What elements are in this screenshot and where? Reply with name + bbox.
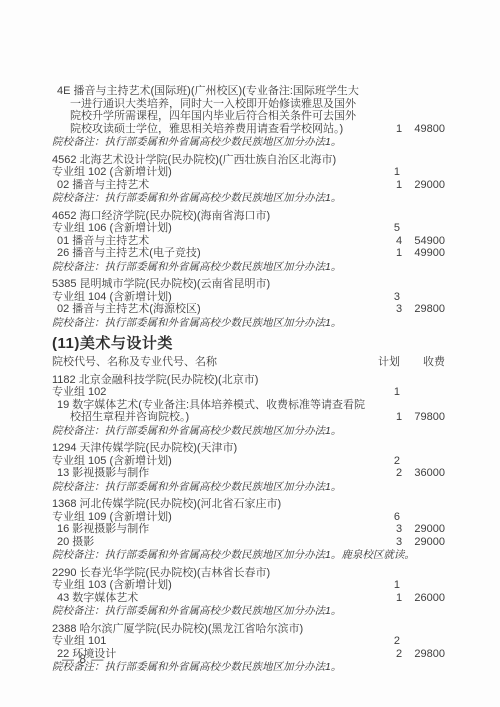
plan-count: 1: [366, 411, 402, 424]
college-block: 2388 哈尔滨广厦学院(民办院校)(黑龙江省哈尔滨市) 专业组 101 2 2…: [52, 623, 445, 674]
plan-count: 5: [362, 222, 400, 235]
fee-amount: 29000: [402, 523, 445, 536]
table-header-row: 院校代号、名称及专业代号、名称 计划 收费: [52, 356, 445, 369]
major-group-row: 专业组 109 (含新增计划) 6: [52, 511, 445, 524]
major-group-row: 专业组 106 (含新增计划) 5: [52, 222, 445, 235]
program-row: 43 数字媒体艺术 1 26000: [52, 592, 445, 605]
major-group-row: 专业组 103 (含新增计划) 1: [52, 579, 445, 592]
plan-count: 2: [362, 635, 400, 648]
program-row: 01 播音与主持艺术 4 54900: [52, 235, 445, 248]
major-group-row: 专业组 102 1: [52, 386, 445, 399]
fee-amount: 29000: [402, 179, 445, 192]
college-remark: 院校备注：执行部委属和外省属高校少数民族地区加分办法1。: [52, 261, 445, 274]
college-block: 4652 海口经济学院(民办院校)(海南省海口市) 专业组 106 (含新增计划…: [52, 210, 445, 274]
fee-amount: 29800: [402, 303, 445, 316]
program-row: 26 播音与主持艺术(电子竞技) 1 49900: [52, 247, 445, 260]
plan-count: 3: [366, 523, 402, 536]
college-block: 1294 天津传媒学院(民办院校)(天津市) 专业组 105 (含新增计划) 2…: [52, 442, 445, 493]
column-header-name: 院校代号、名称及专业代号、名称: [52, 356, 362, 369]
major-group-row: 专业组 105 (含新增计划) 2: [52, 455, 445, 468]
college-name: 5385 昆明城市学院(民办院校)(云南省昆明市): [52, 278, 445, 291]
fee-amount: 79800: [402, 411, 445, 424]
program-name: 4E 播音与主持艺术(国际班)(广州校区)(专业备注:国际班学生大一进行通识大类…: [52, 85, 366, 135]
program-row: 16 影视摄影与制作 3 29000: [52, 523, 445, 536]
major-group-label: 专业组 102: [52, 386, 362, 399]
plan-count: 1: [362, 579, 400, 592]
major-group-label: 专业组 104 (含新增计划): [52, 291, 362, 304]
program-row: 02 播音与主持艺术(海源校区) 3 29800: [52, 303, 445, 316]
document-page: 4E 播音与主持艺术(国际班)(广州校区)(专业备注:国际班学生大一进行通识大类…: [0, 0, 500, 707]
program-row: 13 影视摄影与制作 2 36000: [52, 467, 445, 480]
college-block: 1368 河北传媒学院(民办院校)(河北省石家庄市) 专业组 109 (含新增计…: [52, 498, 445, 562]
college-remark: 院校备注：执行部委属和外省属高校少数民族地区加分办法1。: [52, 136, 445, 149]
college-remark: 院校备注：执行部委属和外省属高校少数民族地区加分办法1。: [52, 605, 445, 618]
program-row: 20 摄影 3 29000: [52, 536, 445, 549]
major-group-label: 专业组 103 (含新增计划): [52, 579, 362, 592]
page-content: 4E 播音与主持艺术(国际班)(广州校区)(专业备注:国际班学生大一进行通识大类…: [52, 85, 445, 674]
college-block: 4E 播音与主持艺术(国际班)(广州校区)(专业备注:国际班学生大一进行通识大类…: [52, 85, 445, 149]
college-block: 2290 长春光华学院(民办院校)(吉林省长春市) 专业组 103 (含新增计划…: [52, 567, 445, 618]
program-name: 02 播音与主持艺术(海源校区): [52, 303, 366, 316]
program-row: 22 环境设计 2 29800: [52, 648, 445, 661]
college-remark: 院校备注：执行部委属和外省属高校少数民族地区加分办法1。: [52, 661, 445, 674]
college-block: 5385 昆明城市学院(民办院校)(云南省昆明市) 专业组 104 (含新增计划…: [52, 278, 445, 329]
college-remark: 院校备注：执行部委属和外省属高校少数民族地区加分办法1。: [52, 317, 445, 330]
plan-count: 2: [366, 648, 402, 661]
college-block: 4562 北海艺术设计学院(民办院校)(广西壮族自治区北海市) 专业组 102 …: [52, 154, 445, 205]
college-name: 1368 河北传媒学院(民办院校)(河北省石家庄市): [52, 498, 445, 511]
college-remark: 院校备注：执行部委属和外省属高校少数民族地区加分办法1。: [52, 425, 445, 438]
major-group-label: 专业组 106 (含新增计划): [52, 222, 362, 235]
plan-count: 6: [362, 511, 400, 524]
column-header-fee: 收费: [400, 356, 445, 369]
program-row: 19 数字媒体艺术(专业备注:具体培养模式、收费标准等请查看院校招生章程并咨询院…: [52, 399, 445, 424]
program-name: 01 播音与主持艺术: [52, 235, 366, 248]
plan-count: 2: [362, 455, 400, 468]
plan-count: 1: [366, 179, 402, 192]
college-remark: 院校备注：执行部委属和外省属高校少数民族地区加分办法1。鹿泉校区就读。: [52, 549, 445, 562]
plan-count: 3: [362, 291, 400, 304]
program-name: 02 播音与主持艺术: [52, 179, 366, 192]
program-name: 16 影视摄影与制作: [52, 523, 366, 536]
fee-amount: 36000: [402, 467, 445, 480]
plan-count: 1: [366, 247, 402, 260]
fee-amount: 54900: [402, 235, 445, 248]
plan-count: 1: [362, 386, 400, 399]
fee-amount: 49900: [402, 247, 445, 260]
fee-amount: 29000: [402, 536, 445, 549]
section-heading: (11)美术与设计类: [52, 335, 445, 352]
plan-count: 4: [366, 235, 402, 248]
fee-amount: 49800: [402, 123, 445, 136]
plan-count: 1: [366, 592, 402, 605]
major-group-label: 专业组 101: [52, 635, 362, 648]
college-name: 1182 北京金融科技学院(民办院校)(北京市): [52, 374, 445, 387]
fee-amount: 29800: [402, 648, 445, 661]
column-header-plan: 计划: [362, 356, 400, 369]
program-name: 13 影视摄影与制作: [52, 467, 366, 480]
major-group-row: 专业组 101 2: [52, 635, 445, 648]
fee-amount: 26000: [402, 592, 445, 605]
college-remark: 院校备注：执行部委属和外省属高校少数民族地区加分办法1。: [52, 192, 445, 205]
college-block: 1182 北京金融科技学院(民办院校)(北京市) 专业组 102 1 19 数字…: [52, 374, 445, 438]
major-group-label: 专业组 102 (含新增计划): [52, 166, 362, 179]
plan-count: 1: [366, 123, 402, 136]
college-name: 1294 天津传媒学院(民办院校)(天津市): [52, 442, 445, 455]
college-name: 4652 海口经济学院(民办院校)(海南省海口市): [52, 210, 445, 223]
major-group-row: 专业组 102 (含新增计划) 1: [52, 166, 445, 179]
program-row: 4E 播音与主持艺术(国际班)(广州校区)(专业备注:国际班学生大一进行通识大类…: [52, 85, 445, 135]
program-name: 43 数字媒体艺术: [52, 592, 366, 605]
program-name: 26 播音与主持艺术(电子竞技): [52, 247, 366, 260]
program-name: 20 摄影: [52, 536, 366, 549]
major-group-label: 专业组 109 (含新增计划): [52, 511, 362, 524]
college-name: 2388 哈尔滨广厦学院(民办院校)(黑龙江省哈尔滨市): [52, 623, 445, 636]
plan-count: 3: [366, 303, 402, 316]
program-name: 19 数字媒体艺术(专业备注:具体培养模式、收费标准等请查看院校招生章程并咨询院…: [52, 399, 366, 424]
college-name: 4562 北海艺术设计学院(民办院校)(广西壮族自治区北海市): [52, 154, 445, 167]
page-number: — 8 —: [62, 652, 104, 666]
program-row: 02 播音与主持艺术 1 29000: [52, 179, 445, 192]
major-group-row: 专业组 104 (含新增计划) 3: [52, 291, 445, 304]
plan-count: 3: [366, 536, 402, 549]
plan-count: 1: [362, 166, 400, 179]
plan-count: 2: [366, 467, 402, 480]
college-remark: 院校备注：执行部委属和外省属高校少数民族地区加分办法1。: [52, 481, 445, 494]
college-name: 2290 长春光华学院(民办院校)(吉林省长春市): [52, 567, 445, 580]
major-group-label: 专业组 105 (含新增计划): [52, 455, 362, 468]
